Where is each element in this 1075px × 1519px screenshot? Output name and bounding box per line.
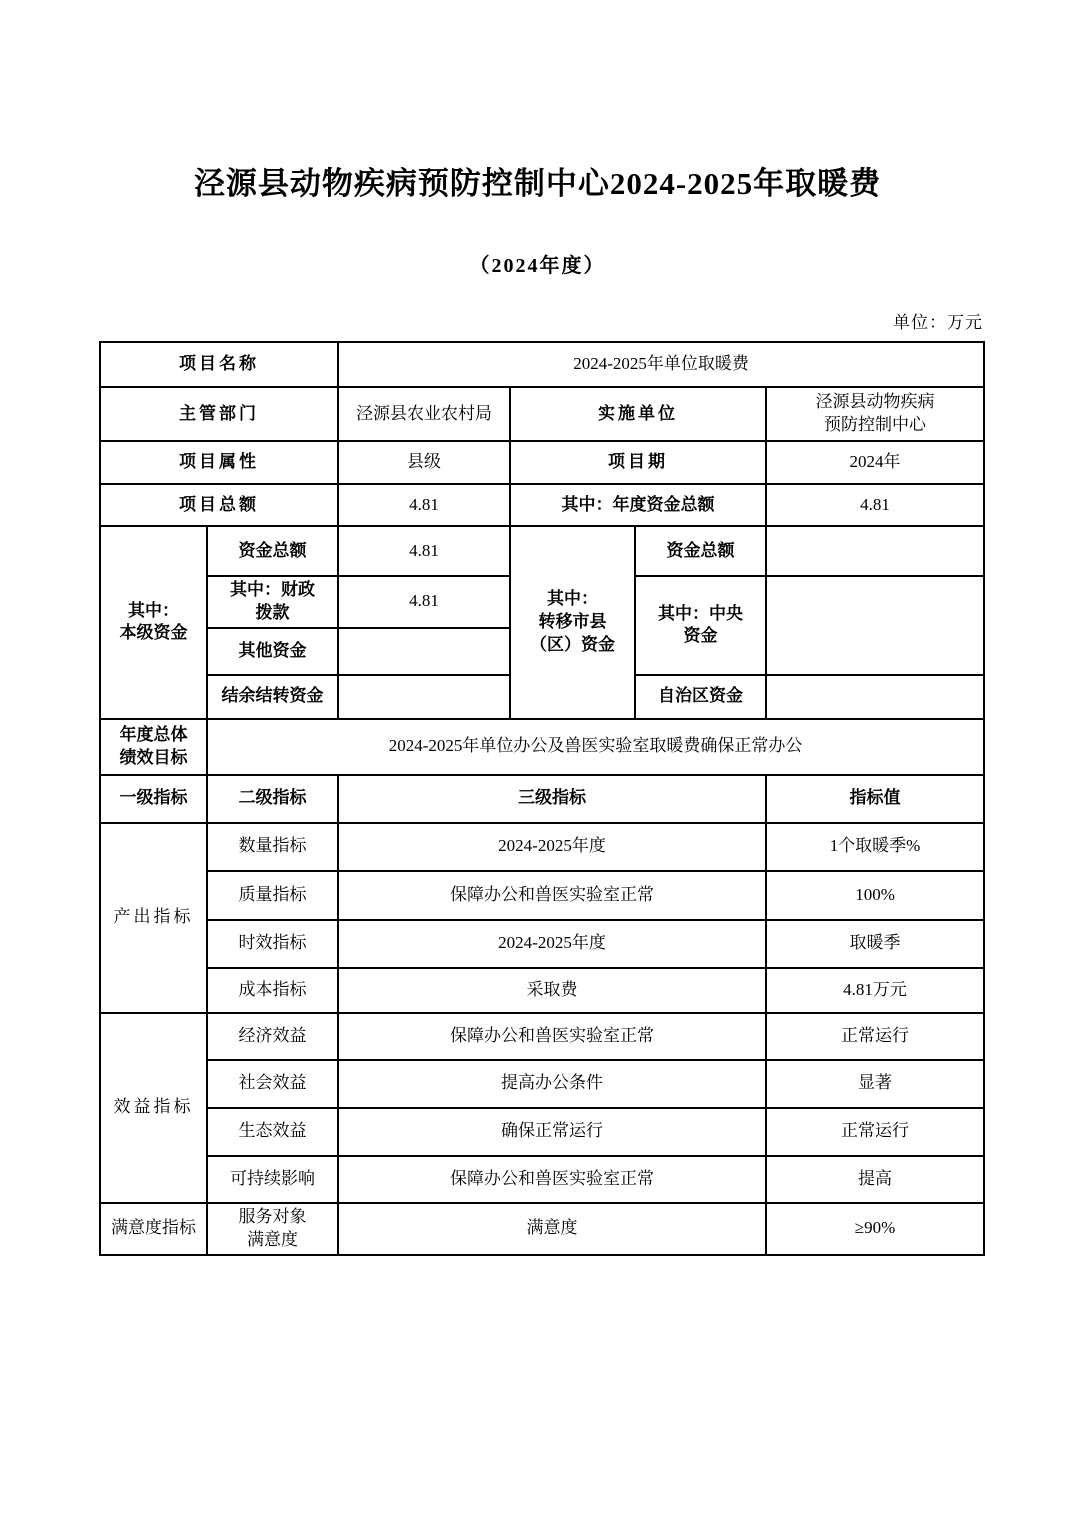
indicator-secondary: 生态效益 (207, 1108, 338, 1156)
fund-central-label: 其中：中央 资金 (635, 576, 766, 675)
indicator-group-output: 产出指标 (100, 823, 207, 1013)
fund-fiscal-value: 4.81 (338, 576, 510, 628)
indicator-tertiary: 保障办公和兽医实验室正常 (338, 871, 766, 920)
fund-fiscal-label: 其中：财政 拨款 (207, 576, 338, 628)
table-row: 质量指标 保障办公和兽医实验室正常 100% (100, 871, 984, 920)
indicator-value: 正常运行 (766, 1108, 984, 1156)
page-subtitle: （2024年度） (0, 249, 1075, 278)
period-value: 2024年 (766, 441, 984, 484)
fund-other-value (338, 628, 510, 675)
fund-transfer-total-value (766, 526, 984, 576)
fund-transfer-total-label: 资金总额 (635, 526, 766, 576)
table-row: 生态效益 确保正常运行 正常运行 (100, 1108, 984, 1156)
indicator-secondary: 时效指标 (207, 920, 338, 968)
indicator-tertiary: 2024-2025年度 (338, 920, 766, 968)
indicator-tertiary: 保障办公和兽医实验室正常 (338, 1013, 766, 1060)
indicator-value: 显著 (766, 1060, 984, 1108)
indicator-secondary: 社会效益 (207, 1060, 338, 1108)
table-row: 项目总额 4.81 其中：年度资金总额 4.81 (100, 484, 984, 526)
fund-carryover-value (338, 675, 510, 719)
dept-value: 泾源县农业农村局 (338, 387, 510, 441)
annual-total-label: 其中：年度资金总额 (510, 484, 766, 526)
indicator-value: 取暖季 (766, 920, 984, 968)
total-label: 项目总额 (100, 484, 338, 526)
fund-region-value (766, 675, 984, 719)
table-row: 项目属性 县级 项目期 2024年 (100, 441, 984, 484)
document-page: 泾源县动物疾病预防控制中心2024-2025年取暖费 （2024年度） 单位：万… (0, 0, 1075, 1519)
header-level1: 一级指标 (100, 775, 207, 823)
indicator-tertiary: 满意度 (338, 1203, 766, 1255)
indicator-value: 提高 (766, 1156, 984, 1203)
indicator-value: ≥90% (766, 1203, 984, 1255)
dept-label: 主管部门 (100, 387, 338, 441)
indicator-group-satisfaction: 满意度指标 (100, 1203, 207, 1255)
header-level2: 二级指标 (207, 775, 338, 823)
fund-region-label: 自治区资金 (635, 675, 766, 719)
indicator-secondary: 服务对象 满意度 (207, 1203, 338, 1255)
indicator-tertiary: 采取费 (338, 968, 766, 1013)
indicator-secondary: 可持续影响 (207, 1156, 338, 1203)
indicator-secondary: 经济效益 (207, 1013, 338, 1060)
attr-value: 县级 (338, 441, 510, 484)
project-name-label: 项目名称 (100, 342, 338, 387)
table-row: 效益指标 经济效益 保障办公和兽医实验室正常 正常运行 (100, 1013, 984, 1060)
indicator-secondary: 成本指标 (207, 968, 338, 1013)
indicator-secondary: 质量指标 (207, 871, 338, 920)
table-row: 成本指标 采取费 4.81万元 (100, 968, 984, 1013)
fund-local-total-label: 资金总额 (207, 526, 338, 576)
annual-total-value: 4.81 (766, 484, 984, 526)
page-title: 泾源县动物疾病预防控制中心2024-2025年取暖费 (0, 0, 1075, 203)
performance-table: 项目名称 2024-2025年单位取暖费 主管部门 泾源县农业农村局 实施单位 … (99, 341, 985, 1256)
fund-transfer-group-label: 其中： 转移市县 （区）资金 (510, 526, 635, 719)
table-row: 产出指标 数量指标 2024-2025年度 1个取暖季% (100, 823, 984, 871)
fund-carryover-label: 结余结转资金 (207, 675, 338, 719)
header-value: 指标值 (766, 775, 984, 823)
impl-unit-label: 实施单位 (510, 387, 766, 441)
indicator-value: 4.81万元 (766, 968, 984, 1013)
indicator-tertiary: 确保正常运行 (338, 1108, 766, 1156)
table-row: 项目名称 2024-2025年单位取暖费 (100, 342, 984, 387)
table-row: 社会效益 提高办公条件 显著 (100, 1060, 984, 1108)
total-value: 4.81 (338, 484, 510, 526)
goal-value: 2024-2025年单位办公及兽医实验室取暖费确保正常办公 (207, 719, 984, 775)
table-row: 时效指标 2024-2025年度 取暖季 (100, 920, 984, 968)
period-label: 项目期 (510, 441, 766, 484)
fund-central-value (766, 576, 984, 675)
fund-other-label: 其他资金 (207, 628, 338, 675)
indicator-tertiary: 保障办公和兽医实验室正常 (338, 1156, 766, 1203)
goal-label: 年度总体 绩效目标 (100, 719, 207, 775)
impl-unit-value: 泾源县动物疾病 预防控制中心 (766, 387, 984, 441)
fund-local-total-value: 4.81 (338, 526, 510, 576)
unit-note: 单位：万元 (99, 308, 983, 333)
indicator-header-row: 一级指标 二级指标 三级指标 指标值 (100, 775, 984, 823)
project-name-value: 2024-2025年单位取暖费 (338, 342, 984, 387)
table-row: 可持续影响 保障办公和兽医实验室正常 提高 (100, 1156, 984, 1203)
indicator-tertiary: 提高办公条件 (338, 1060, 766, 1108)
attr-label: 项目属性 (100, 441, 338, 484)
table-row: 满意度指标 服务对象 满意度 满意度 ≥90% (100, 1203, 984, 1255)
indicator-secondary: 数量指标 (207, 823, 338, 871)
header-level3: 三级指标 (338, 775, 766, 823)
indicator-tertiary: 2024-2025年度 (338, 823, 766, 871)
indicator-value: 1个取暖季% (766, 823, 984, 871)
indicator-value: 100% (766, 871, 984, 920)
indicator-group-benefit: 效益指标 (100, 1013, 207, 1203)
fund-local-group-label: 其中： 本级资金 (100, 526, 207, 719)
table-row: 年度总体 绩效目标 2024-2025年单位办公及兽医实验室取暖费确保正常办公 (100, 719, 984, 775)
indicator-value: 正常运行 (766, 1013, 984, 1060)
table-row: 主管部门 泾源县农业农村局 实施单位 泾源县动物疾病 预防控制中心 (100, 387, 984, 441)
table-row: 其中： 本级资金 资金总额 4.81 其中： 转移市县 （区）资金 资金总额 (100, 526, 984, 576)
